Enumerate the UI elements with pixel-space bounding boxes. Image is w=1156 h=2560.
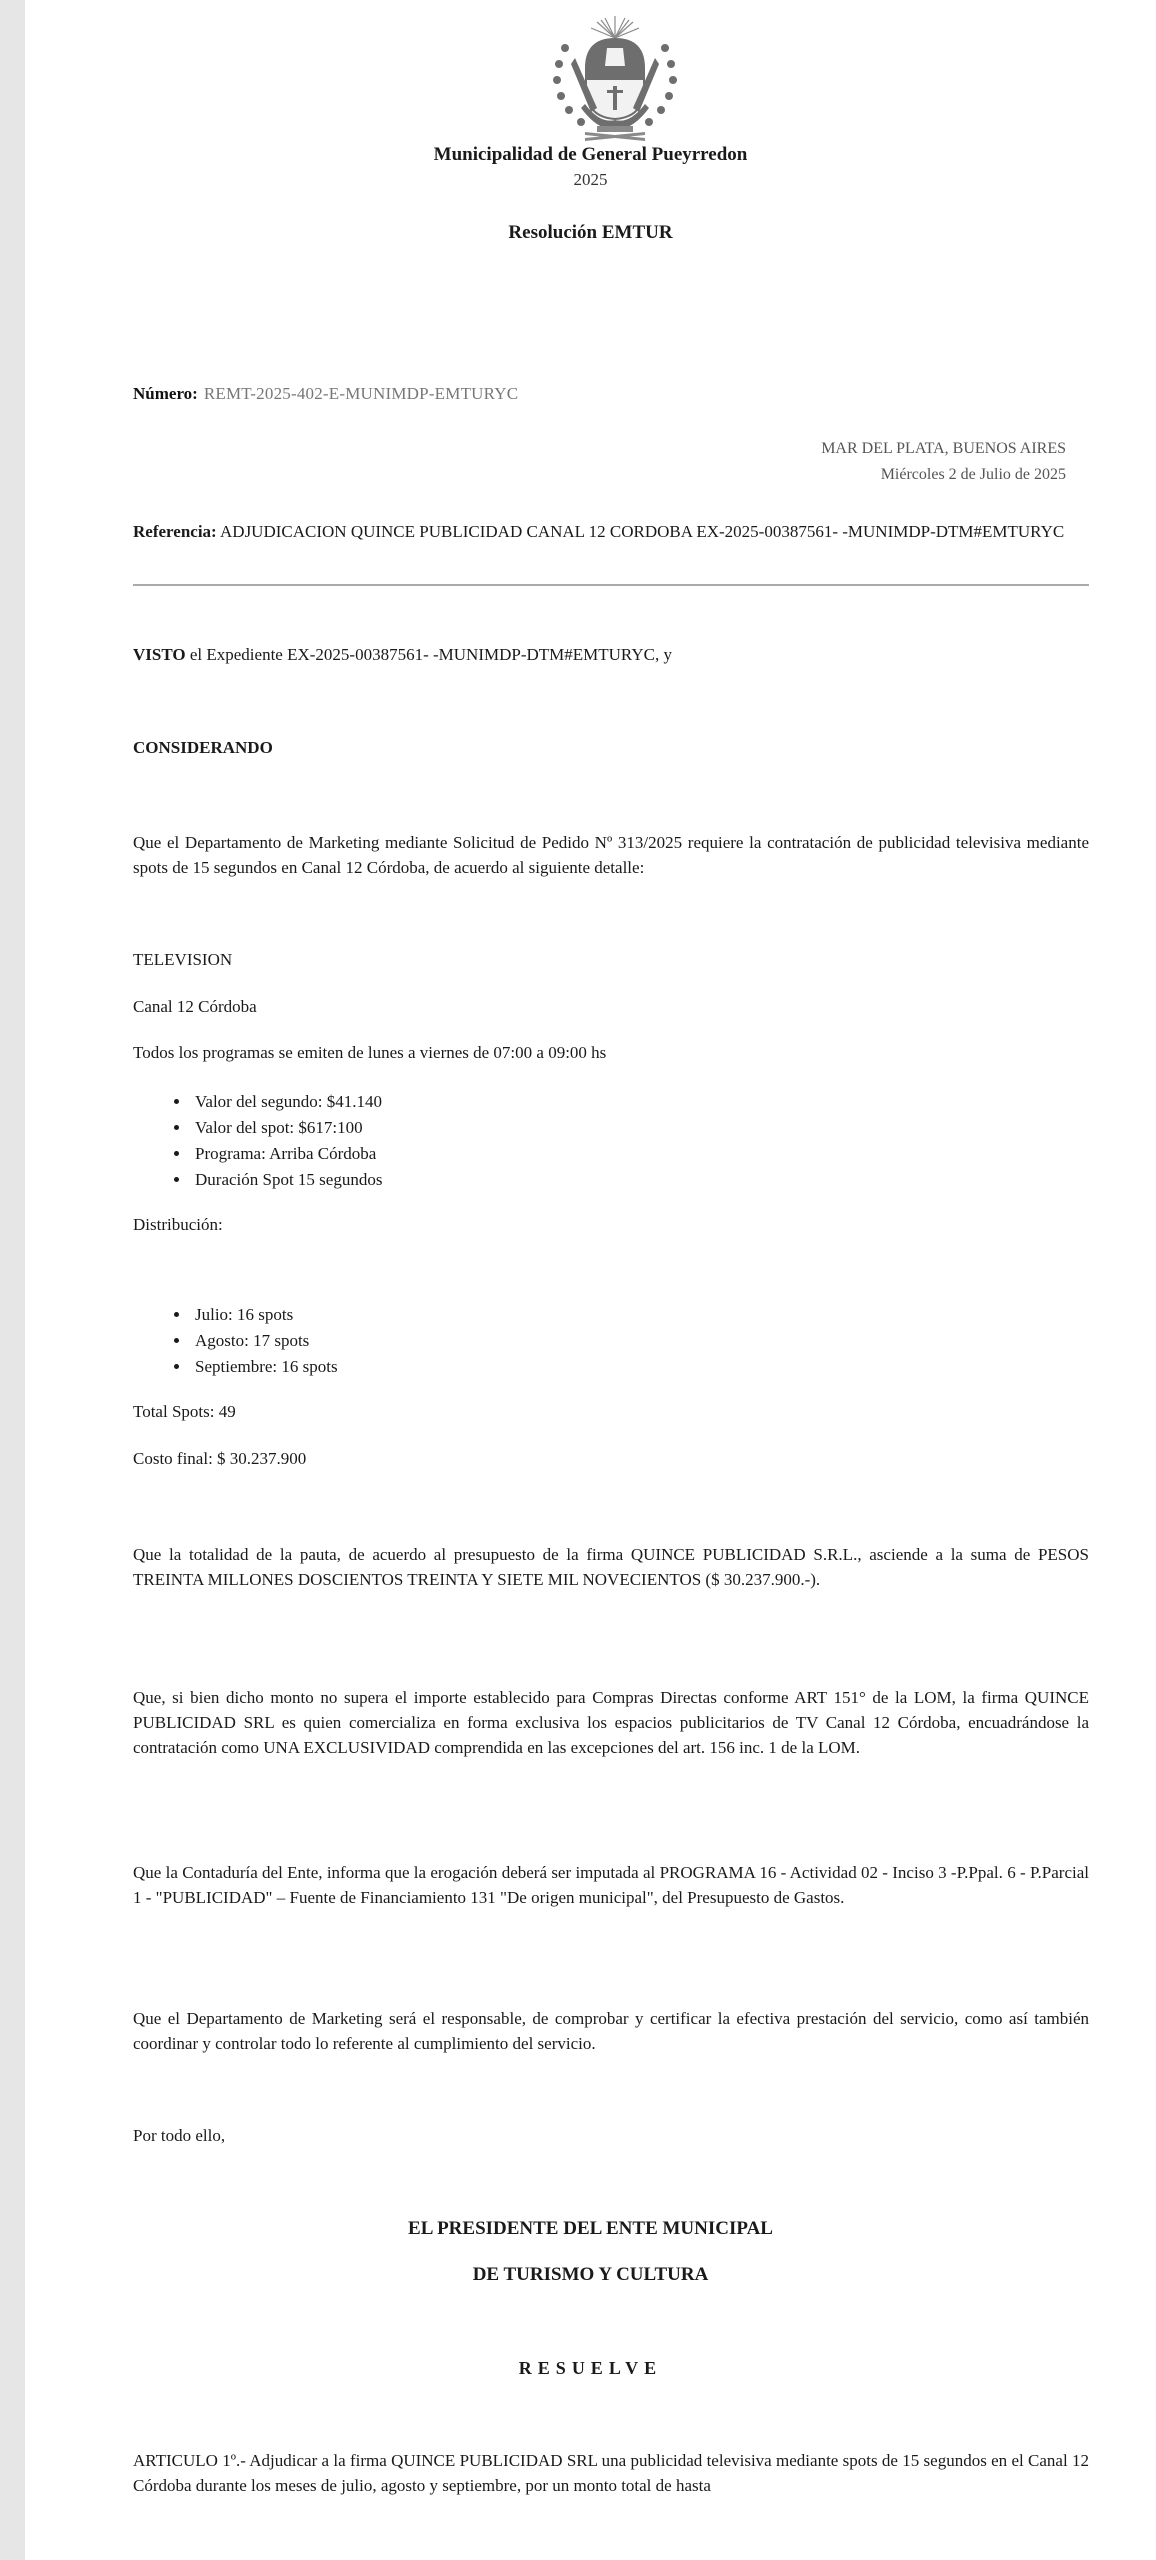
place: MAR DEL PLATA, BUENOS AIRES	[821, 436, 1066, 462]
considerando-heading: CONSIDERANDO	[133, 738, 273, 758]
list-item: Julio: 16 spots	[191, 1302, 338, 1328]
visto-text: el Expediente EX-2025-00387561- -MUNIMDP…	[186, 645, 672, 664]
document-number: Número:REMT-2025-402-E-MUNIMDP-EMTURYC	[133, 384, 518, 404]
list-item: Agosto: 17 spots	[191, 1328, 338, 1354]
date: Miércoles 2 de Julio de 2025	[821, 462, 1066, 488]
media-type: TELEVISION	[133, 950, 232, 970]
referencia-value: ADJUDICACION QUINCE PUBLICIDAD CANAL 12 …	[220, 522, 1064, 541]
referencia-label: Referencia:	[133, 522, 217, 541]
list-item: Programa: Arriba Córdoba	[191, 1141, 382, 1167]
municipality-name: Municipalidad de General Pueyrredon	[25, 144, 1156, 166]
authority-line-2: DE TURISMO Y CULTURA	[25, 2264, 1156, 2286]
para-budget: Que la Contaduría del Ente, informa que …	[133, 1860, 1089, 1910]
para-total: Que la totalidad de la pauta, de acuerdo…	[133, 1542, 1089, 1592]
resuelve-heading: RESUELVE	[25, 2358, 1156, 2379]
resolution-title: Resolución EMTUR	[25, 222, 1156, 244]
para-marketing: Que el Departamento de Marketing será el…	[133, 2006, 1089, 2056]
article-1: ARTICULO 1º.- Adjudicar a la firma QUINC…	[133, 2448, 1089, 2498]
visto: VISTO el Expediente EX-2025-00387561- -M…	[133, 645, 672, 665]
coat-of-arms-icon	[545, 8, 685, 148]
authority-line-1: EL PRESIDENTE DEL ENTE MUNICIPAL	[25, 2218, 1156, 2240]
schedule: Todos los programas se emiten de lunes a…	[133, 1043, 606, 1063]
visto-label: VISTO	[133, 645, 186, 664]
considerando-intro: Que el Departamento de Marketing mediant…	[133, 830, 1089, 880]
final-cost: Costo final: $ 30.237.900	[133, 1449, 306, 1469]
numero-value: REMT-2025-402-E-MUNIMDP-EMTURYC	[204, 384, 518, 403]
viewer-left-gutter	[0, 0, 25, 2560]
distribution-list: Julio: 16 spots Agosto: 17 spots Septiem…	[133, 1302, 338, 1380]
document-page: Municipalidad de General Pueyrredon 2025…	[25, 0, 1156, 2560]
para-exclusive: Que, si bien dicho monto no supera el im…	[133, 1685, 1089, 1760]
document-year: 2025	[25, 170, 1156, 190]
referencia: Referencia: ADJUDICACION QUINCE PUBLICID…	[133, 520, 1083, 544]
list-item: Duración Spot 15 segundos	[191, 1167, 382, 1193]
list-item: Valor del segundo: $41.140	[191, 1089, 382, 1115]
numero-label: Número:	[133, 384, 198, 403]
distribution-label: Distribución:	[133, 1215, 223, 1235]
channel-name: Canal 12 Córdoba	[133, 997, 257, 1017]
closing: Por todo ello,	[133, 2126, 225, 2146]
details-list: Valor del segundo: $41.140 Valor del spo…	[133, 1089, 382, 1193]
total-spots: Total Spots: 49	[133, 1402, 236, 1422]
list-item: Valor del spot: $617:100	[191, 1115, 382, 1141]
place-date-block: MAR DEL PLATA, BUENOS AIRES Miércoles 2 …	[821, 436, 1066, 488]
list-item: Septiembre: 16 spots	[191, 1354, 338, 1380]
divider	[133, 584, 1089, 586]
